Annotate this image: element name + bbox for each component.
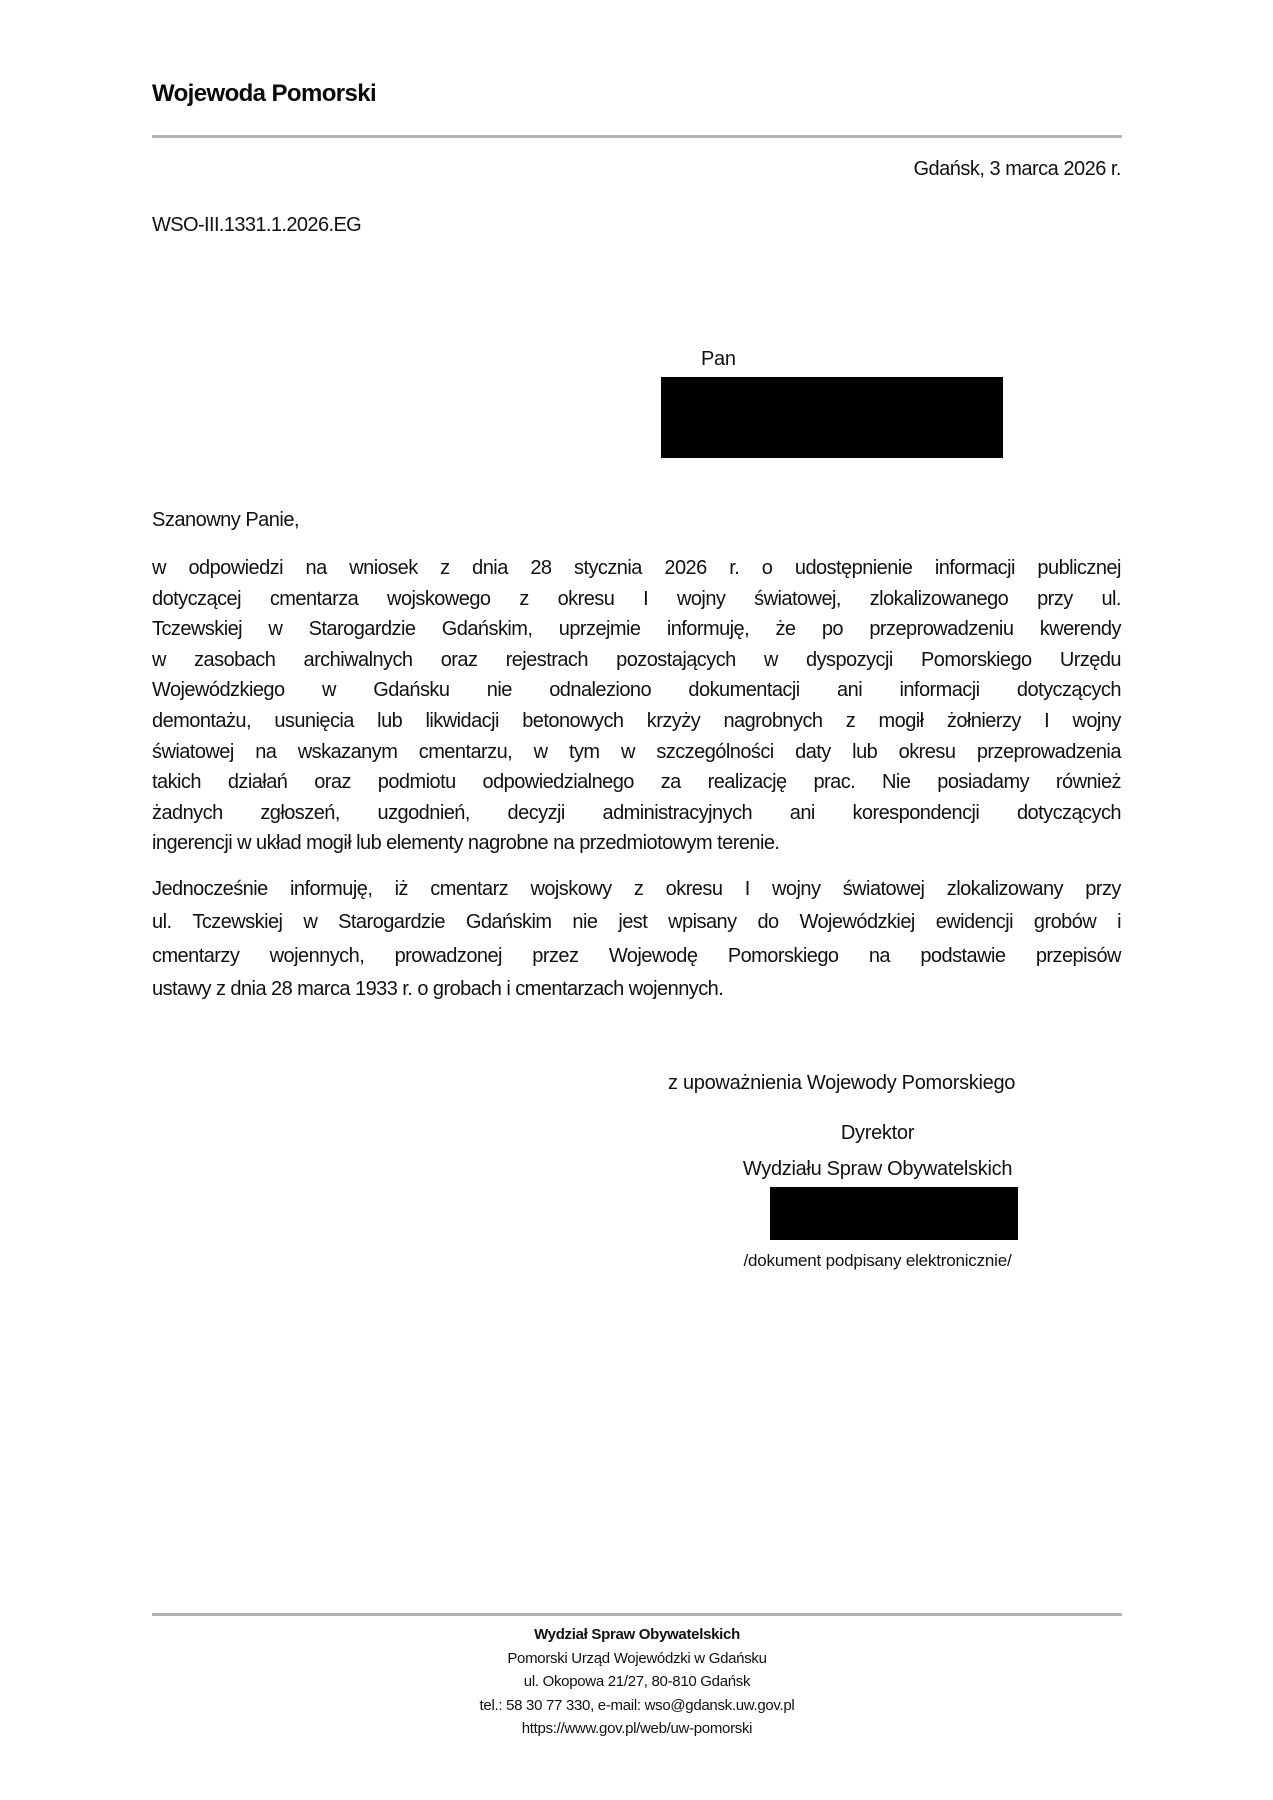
signature-authorization: z upoważnienia Wojewody Pomorskiego: [668, 1072, 1015, 1095]
letter-paragraph-2: Jednocześnieinformuję,iżcmentarzwojskowy…: [152, 873, 1121, 1006]
paragraph-line: żadnychzgłoszeń,uzgodnień,decyzjiadminis…: [152, 798, 1121, 829]
recipient-salutation: Pan: [701, 348, 736, 371]
paragraph-line: demontażu,usunięcialublikwidacjibetonowy…: [152, 706, 1121, 737]
footer-office: Pomorski Urząd Wojewódzki w Gdańsku: [152, 1647, 1122, 1671]
footer-department: Wydział Spraw Obywatelskich: [152, 1623, 1122, 1647]
footer-website-link[interactable]: https://www.gov.pl/web/uw-pomorski: [152, 1717, 1122, 1741]
paragraph-line: światowejnawskazanymcmentarzu,wtymwszcze…: [152, 737, 1121, 768]
electronic-signature-note: /dokument podpisany elektronicznie/: [650, 1251, 1105, 1271]
footer-address: ul. Okopowa 21/27, 80-810 Gdańsk: [152, 1670, 1122, 1694]
paragraph-line: ingerencji w układ mogił lub elementy na…: [152, 828, 1121, 859]
paragraph-line: takichdziałańorazpodmiotuodpowiedzialneg…: [152, 767, 1121, 798]
paragraph-line: ustawy z dnia 28 marca 1933 r. o grobach…: [152, 973, 1121, 1006]
paragraph-line: ul.TczewskiejwStarogardzieGdańskimniejes…: [152, 906, 1121, 939]
signature-role: Dyrektor: [650, 1122, 1105, 1145]
paragraph-line: wodpowiedzinawniosekzdnia28stycznia2026r…: [152, 553, 1121, 584]
paragraph-line: wzasobacharchiwalnychorazrejestrachpozos…: [152, 645, 1121, 676]
paragraph-line: Jednocześnieinformuję,iżcmentarzwojskowy…: [152, 873, 1121, 906]
redacted-signatory-name: [770, 1187, 1018, 1240]
reference-number: WSO-III.1331.1.2026.EG: [152, 214, 361, 237]
signature-department: Wydziału Spraw Obywatelskich: [650, 1158, 1105, 1181]
footer-divider: [152, 1613, 1122, 1616]
paragraph-line: WojewódzkiegowGdańskunieodnalezionodokum…: [152, 675, 1121, 706]
letter-paragraph-1: wodpowiedzinawniosekzdnia28stycznia2026r…: [152, 553, 1121, 859]
header-divider: [152, 135, 1122, 138]
letter-greeting: Szanowny Panie,: [152, 509, 299, 532]
footer: Wydział Spraw Obywatelskich Pomorski Urz…: [152, 1623, 1122, 1741]
paragraph-line: cmentarzywojennych,prowadzonejprzezWojew…: [152, 940, 1121, 973]
paragraph-line: dotyczącejcmentarzawojskowegozokresuIwoj…: [152, 584, 1121, 615]
letterhead-title: Wojewoda Pomorski: [152, 80, 376, 108]
footer-contact: tel.: 58 30 77 330, e-mail: wso@gdansk.u…: [152, 1694, 1122, 1718]
redacted-recipient-address: [661, 377, 1003, 458]
place-and-date: Gdańsk, 3 marca 2026 r.: [913, 158, 1121, 181]
paragraph-line: TczewskiejwStarogardzieGdańskim,uprzejmi…: [152, 614, 1121, 645]
